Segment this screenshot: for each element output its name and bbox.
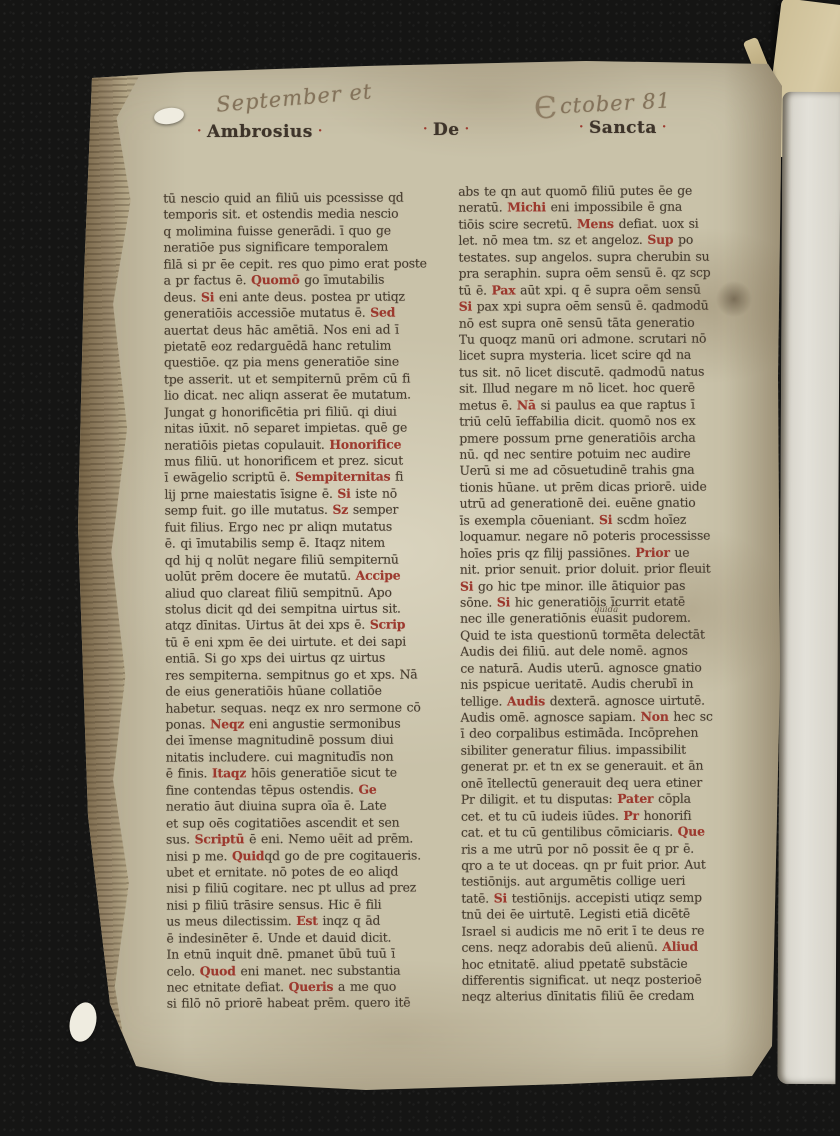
page-edge-deckle <box>62 56 150 1090</box>
text-line: Quid te ista questionū tormēta delectāt <box>460 626 778 644</box>
manuscript-page: September et Єctober 81 ·Ambrosius· ·De·… <box>66 56 784 1090</box>
text-line: nec ille generatiōnis euasit pudorem. <box>460 610 778 628</box>
text-line: questiōe. qz pia mens generatiōe sine <box>164 354 440 372</box>
text-line: nitas iūxit. nō separet impietas. quē ge <box>164 420 440 438</box>
rubricated-word: Non <box>641 709 669 724</box>
text-line: temporis sit. et ostendis media nescio <box>163 206 439 224</box>
text-line: īs exempla cōueniant. Si scdm hoīez <box>460 511 778 529</box>
text-line: metus ē. Nā si paulus ea que raptus ī <box>459 396 777 414</box>
rubricated-word: Sempiternitas <box>295 469 390 484</box>
rubricated-word: Quod <box>200 963 236 978</box>
text-line: ubet et ernitate. nō potes de eo aliqd <box>166 863 442 881</box>
text-column-left: tū nescio quid an filiū uis pcessisse qd… <box>163 189 443 1016</box>
text-line: tiōis scire secretū. Mens defiat. uox si <box>458 215 776 233</box>
text-line: stolus dicit qd dei sempitna uirtus sit. <box>165 600 441 618</box>
text-line: differentis significat. ut neqz posterio… <box>462 971 780 989</box>
text-line: cens. neqz adorabis deū alienū. Aliud <box>461 938 779 956</box>
text-line: nū. qd nec sentire potuim nec audire <box>459 445 777 463</box>
text-line: Tu quoqz manū ori admone. scrutari nō <box>459 330 777 348</box>
rubricated-word: Audis <box>507 693 545 708</box>
text-line: hoc etnitatē. aliud ppetatē substācie <box>462 955 780 973</box>
rubricated-word: Michi <box>507 200 546 215</box>
rubric-dot: · <box>460 122 475 137</box>
text-line: cat. et tu cū gentilibus cōmiciaris. Que <box>461 823 779 841</box>
rubricated-word: Scrip <box>370 617 405 632</box>
text-line: generat pr. et tn ex se generauit. et ān <box>461 758 779 776</box>
text-line: abs te qn aut quomō filiū putes ēe ge <box>458 182 776 200</box>
text-line: Audis omē. agnosce sapiam. Non hec sc <box>460 708 778 726</box>
text-line: nec etnitate defiat. Queris a me quo <box>167 978 443 996</box>
text-line: Audis dei filiū. aut dele nomē. agnos <box>460 643 778 661</box>
text-line: mus filiū. ut honorificem et prez. sicut <box>164 452 440 470</box>
text-line: tū ē. Pax aūt xpi. q ē supra oēm sensū <box>459 281 777 299</box>
text-line: fine contendas tēpus ostendis. Ge <box>166 781 442 799</box>
text-line: entiā. Si go xps dei uirtus qz uirtus <box>165 650 441 668</box>
rubricated-word: Mens <box>577 216 614 231</box>
text-line: neratio āut diuina supra oīa ē. Late <box>166 798 442 816</box>
rubricated-word: Pax <box>492 282 516 297</box>
text-line: tellige. Audis dexterā. agnosce uirtutē. <box>460 692 778 710</box>
text-line: nisi p me. Quidqd go de pre cogitaueris. <box>166 847 442 865</box>
text-line: dei īmense magnitudinē possum diui <box>166 732 442 750</box>
text-column-right: abs te qn aut quomō filiū putes ēe gener… <box>458 182 780 1011</box>
text-line: ponas. Neqz eni angustie sermonibus <box>165 715 441 733</box>
text-line: neratū. Michi eni impossibile ē gna <box>458 199 776 217</box>
text-line: atqz dīnitas. Uirtus āt dei xps ē. Scrip <box>165 617 441 635</box>
text-line: sibiliter generatur filius. impassibilit <box>461 741 779 759</box>
rubricated-word: Itaqz <box>212 766 246 781</box>
rubricated-word: Si <box>201 289 214 304</box>
rubricated-word: Nā <box>517 397 536 412</box>
text-line: qro a te ut doceas. qn pr fuit prior. Au… <box>461 856 779 874</box>
text-line: et sup oēs cogitatiōes ascendit et sen <box>166 814 442 832</box>
page-edge-fragment <box>66 999 101 1044</box>
header-word-de: ·De· <box>418 120 475 140</box>
text-line: tatē. Si testiōnijs. accepisti utiqz sem… <box>461 889 779 907</box>
text-line: ē indesinēter ē. Unde et dauid dicit. <box>166 929 442 947</box>
text-line: testates. sup angelos. supra cherubin su <box>458 248 776 266</box>
text-line: ce naturā. Audis uterū. agnosce gnatio <box>460 659 778 677</box>
rubricated-word: Pr <box>623 808 639 823</box>
text-line: tus sit. nō licet discutē. qadmodū natus <box>459 363 777 381</box>
rubricated-word: Sup <box>647 232 673 247</box>
rubricated-word: Accipe <box>356 568 401 583</box>
rubricated-word: Pater <box>617 791 653 806</box>
text-line: Si go hic tpe minor. ille ātiquior pas <box>460 577 778 595</box>
rubricated-word: Quid <box>232 848 264 863</box>
text-line: nis pspicue ueritatē. Audis cherubī in <box>460 675 778 693</box>
text-line: nit. prior senuit. prior doluit. prior f… <box>460 560 778 578</box>
text-line: celo. Quod eni manet. nec substantia <box>167 962 443 980</box>
text-line: Uerū si me ad cōsuetudinē trahis gna <box>459 462 777 480</box>
rubricated-word: Est <box>296 913 318 928</box>
rubricated-word: Scriptū <box>195 831 245 846</box>
text-line: uolūt prēm docere ēe mutatū. Accipe <box>165 567 441 585</box>
rubricated-word: Si <box>599 512 612 527</box>
text-line: res sempiterna. sempitnus go et xps. Nā <box>165 666 441 684</box>
text-line: pmere possum prne generatiōis archa <box>459 429 777 447</box>
facing-page-edge <box>777 92 840 1084</box>
header-word-text: Sancta <box>589 118 657 138</box>
text-line: generatiōis accessiōe mutatus ē. Sed <box>164 304 440 322</box>
rubricated-word: Ge <box>358 781 376 796</box>
text-line: q molimina fuisse generādi. ī quo ge <box>163 222 439 240</box>
text-line: pra seraphin. supra oēm sensū ē. qz scp <box>459 264 777 282</box>
rubricated-word: Aliud <box>662 939 698 954</box>
text-line: testiōnijs. aut argumētis collige ueri <box>461 873 779 891</box>
annotation-september: September et <box>215 79 373 117</box>
text-line: loquamur. negare nō poteris processisse <box>460 527 778 545</box>
text-line: sus. Scriptū ē eni. Nemo uēit ad prēm. <box>166 830 442 848</box>
text-line: cet. et tu cū iudeis iūdes. Pr honorifi <box>461 807 779 825</box>
header-word-text: Ambrosius <box>207 122 313 142</box>
text-line: tnū dei ēe uirtutē. Legisti etiā dicētē <box>461 906 779 924</box>
text-line: Israel si audicis me nō erit ī te deus r… <box>461 922 779 940</box>
text-line: lij prne maiestatis īsigne ē. Si iste nō <box>164 485 440 503</box>
rubricated-word: Si <box>459 299 472 314</box>
text-line: habetur. sequas. neqz ex nro sermone cō <box>165 699 441 717</box>
text-line: lio dicat. nec aliqn asserat ēe mutatum. <box>164 387 440 405</box>
text-line: filā si pr ēe cepit. res quo pimo erat p… <box>163 255 439 273</box>
text-line: a pr factus ē. Quomō go īmutabilis <box>164 272 440 290</box>
text-line: fuit filius. Ergo nec pr aliqn mutatus <box>165 518 441 536</box>
rubricated-word: Si <box>460 578 473 593</box>
text-line: ē. qi īmutabilis semp ē. Itaqz nitem <box>165 535 441 553</box>
rubricated-word: Si <box>337 486 350 501</box>
rubric-dot: · <box>192 124 207 139</box>
annotation-october-text: ctober 81 <box>559 88 671 118</box>
text-line: ris a me utrū por nō possit ēe q pr ē. <box>461 840 779 858</box>
text-line: hoīes pris qz filij passiōnes. Prior ue <box>460 544 778 562</box>
text-line: de eius generatiōis hūane collatiōe <box>165 683 441 701</box>
text-line: tū ē eni xpm ēe dei uirtute. et dei sapi <box>165 633 441 651</box>
text-line: In etnū inquit dnē. pmanet ūbū tuū ī <box>166 946 442 964</box>
text-line: neratiōe pus significare temporalem <box>163 239 439 257</box>
text-line: deus. Si eni ante deus. postea pr utiqz <box>164 288 440 306</box>
header-word-ambrosius: ·Ambrosius· <box>192 122 328 142</box>
text-line: ī deo corpalibus estimāda. Incōprehen <box>461 725 779 743</box>
photograph-background: September et Єctober 81 ·Ambrosius· ·De·… <box>0 0 840 1136</box>
text-line: nisi p filiū cogitare. nec pt ullus ad p… <box>166 880 442 898</box>
text-line: tionis hūane. ut prēm dicas priorē. uide <box>459 478 777 496</box>
rubricated-word: Queris <box>289 979 334 994</box>
text-line: triū celū īeffabilia dicit. quomō nos ex <box>459 412 777 430</box>
text-line: sit. Illud negare m nō licet. hoc querē <box>459 380 777 398</box>
text-line: aliud quo clareat filiū sempitnū. Apo <box>165 584 441 602</box>
text-line: Pr diligit. et tu disputas: Pater cōpla <box>461 790 779 808</box>
rubricated-word: Si <box>497 594 510 609</box>
rubric-dot: · <box>313 124 328 139</box>
text-line: Si pax xpi supra oēm sensū ē. qadmodū <box>459 297 777 315</box>
text-line: neratiōis pietas copulauit. Honorifice <box>164 436 440 454</box>
rubricated-word: Neqz <box>210 716 244 731</box>
rubricated-word: Quomō <box>251 272 300 287</box>
rubric-dot: · <box>574 120 589 135</box>
text-line: pietatē eoz redarguēdā hanc retulim <box>164 337 440 355</box>
rubricated-word: Honorifice <box>329 436 401 451</box>
rubric-dot: · <box>657 120 672 135</box>
text-line: auertat deus hāc amētiā. Nos eni ad ī <box>164 321 440 339</box>
rubric-dot: · <box>418 122 433 137</box>
text-line: utrū ad generationē dei. euēne gnatio <box>460 495 778 513</box>
text-line: nisi p filiū trāsire sensus. Hic ē fili <box>166 896 442 914</box>
text-line: Jungat g honorificētia pri filiū. qi diu… <box>164 403 440 421</box>
text-line: ē finis. Itaqz hōis generatiōe sicut te <box>166 765 442 783</box>
text-line: onē ītellectū generauit deq uera etiner <box>461 774 779 792</box>
rubricated-word: Si <box>494 890 507 905</box>
text-line: let. nō mea tm. sz et angeloz. Sup po <box>458 232 776 250</box>
text-line: licet supra mysteria. licet scire qd na <box>459 347 777 365</box>
interlinear-gloss: quidā <box>594 605 618 615</box>
text-line: tpe asserit. ut et sempiternū prēm cū fi <box>164 370 440 388</box>
text-line: qd hij q nolūt negare filiū sempiternū <box>165 551 441 569</box>
header-word-text: De <box>433 120 460 140</box>
text-line: sōne. Si hic generatiōis īcurrit etatē <box>460 593 778 611</box>
rubricated-word: Prior <box>635 544 669 559</box>
text-line: si filō nō priorē habeat prēm. quero itē <box>167 995 443 1013</box>
rubricated-word: Sed <box>370 305 395 320</box>
rubricated-word: Sz <box>332 502 348 517</box>
text-line: nitatis includere. cui magnitudīs non <box>166 748 442 766</box>
text-line: nō est supra onē sensū tāta generatio <box>459 314 777 332</box>
text-line: us meus dilectissim. Est inqz q ād <box>166 913 442 931</box>
text-line: semp fuit. go ille mutatus. Sz semper <box>165 502 441 520</box>
rubricated-word: Que <box>678 824 705 839</box>
text-line: tū nescio quid an filiū uis pcessisse qd <box>163 189 439 207</box>
text-line: neqz alterius dīnitatis filiū ēe credam <box>462 988 780 1006</box>
header-word-sancta: ·Sancta· <box>574 118 672 138</box>
text-line: ī ewāgelio scriptū ē. Sempiternitas fi <box>164 469 440 487</box>
